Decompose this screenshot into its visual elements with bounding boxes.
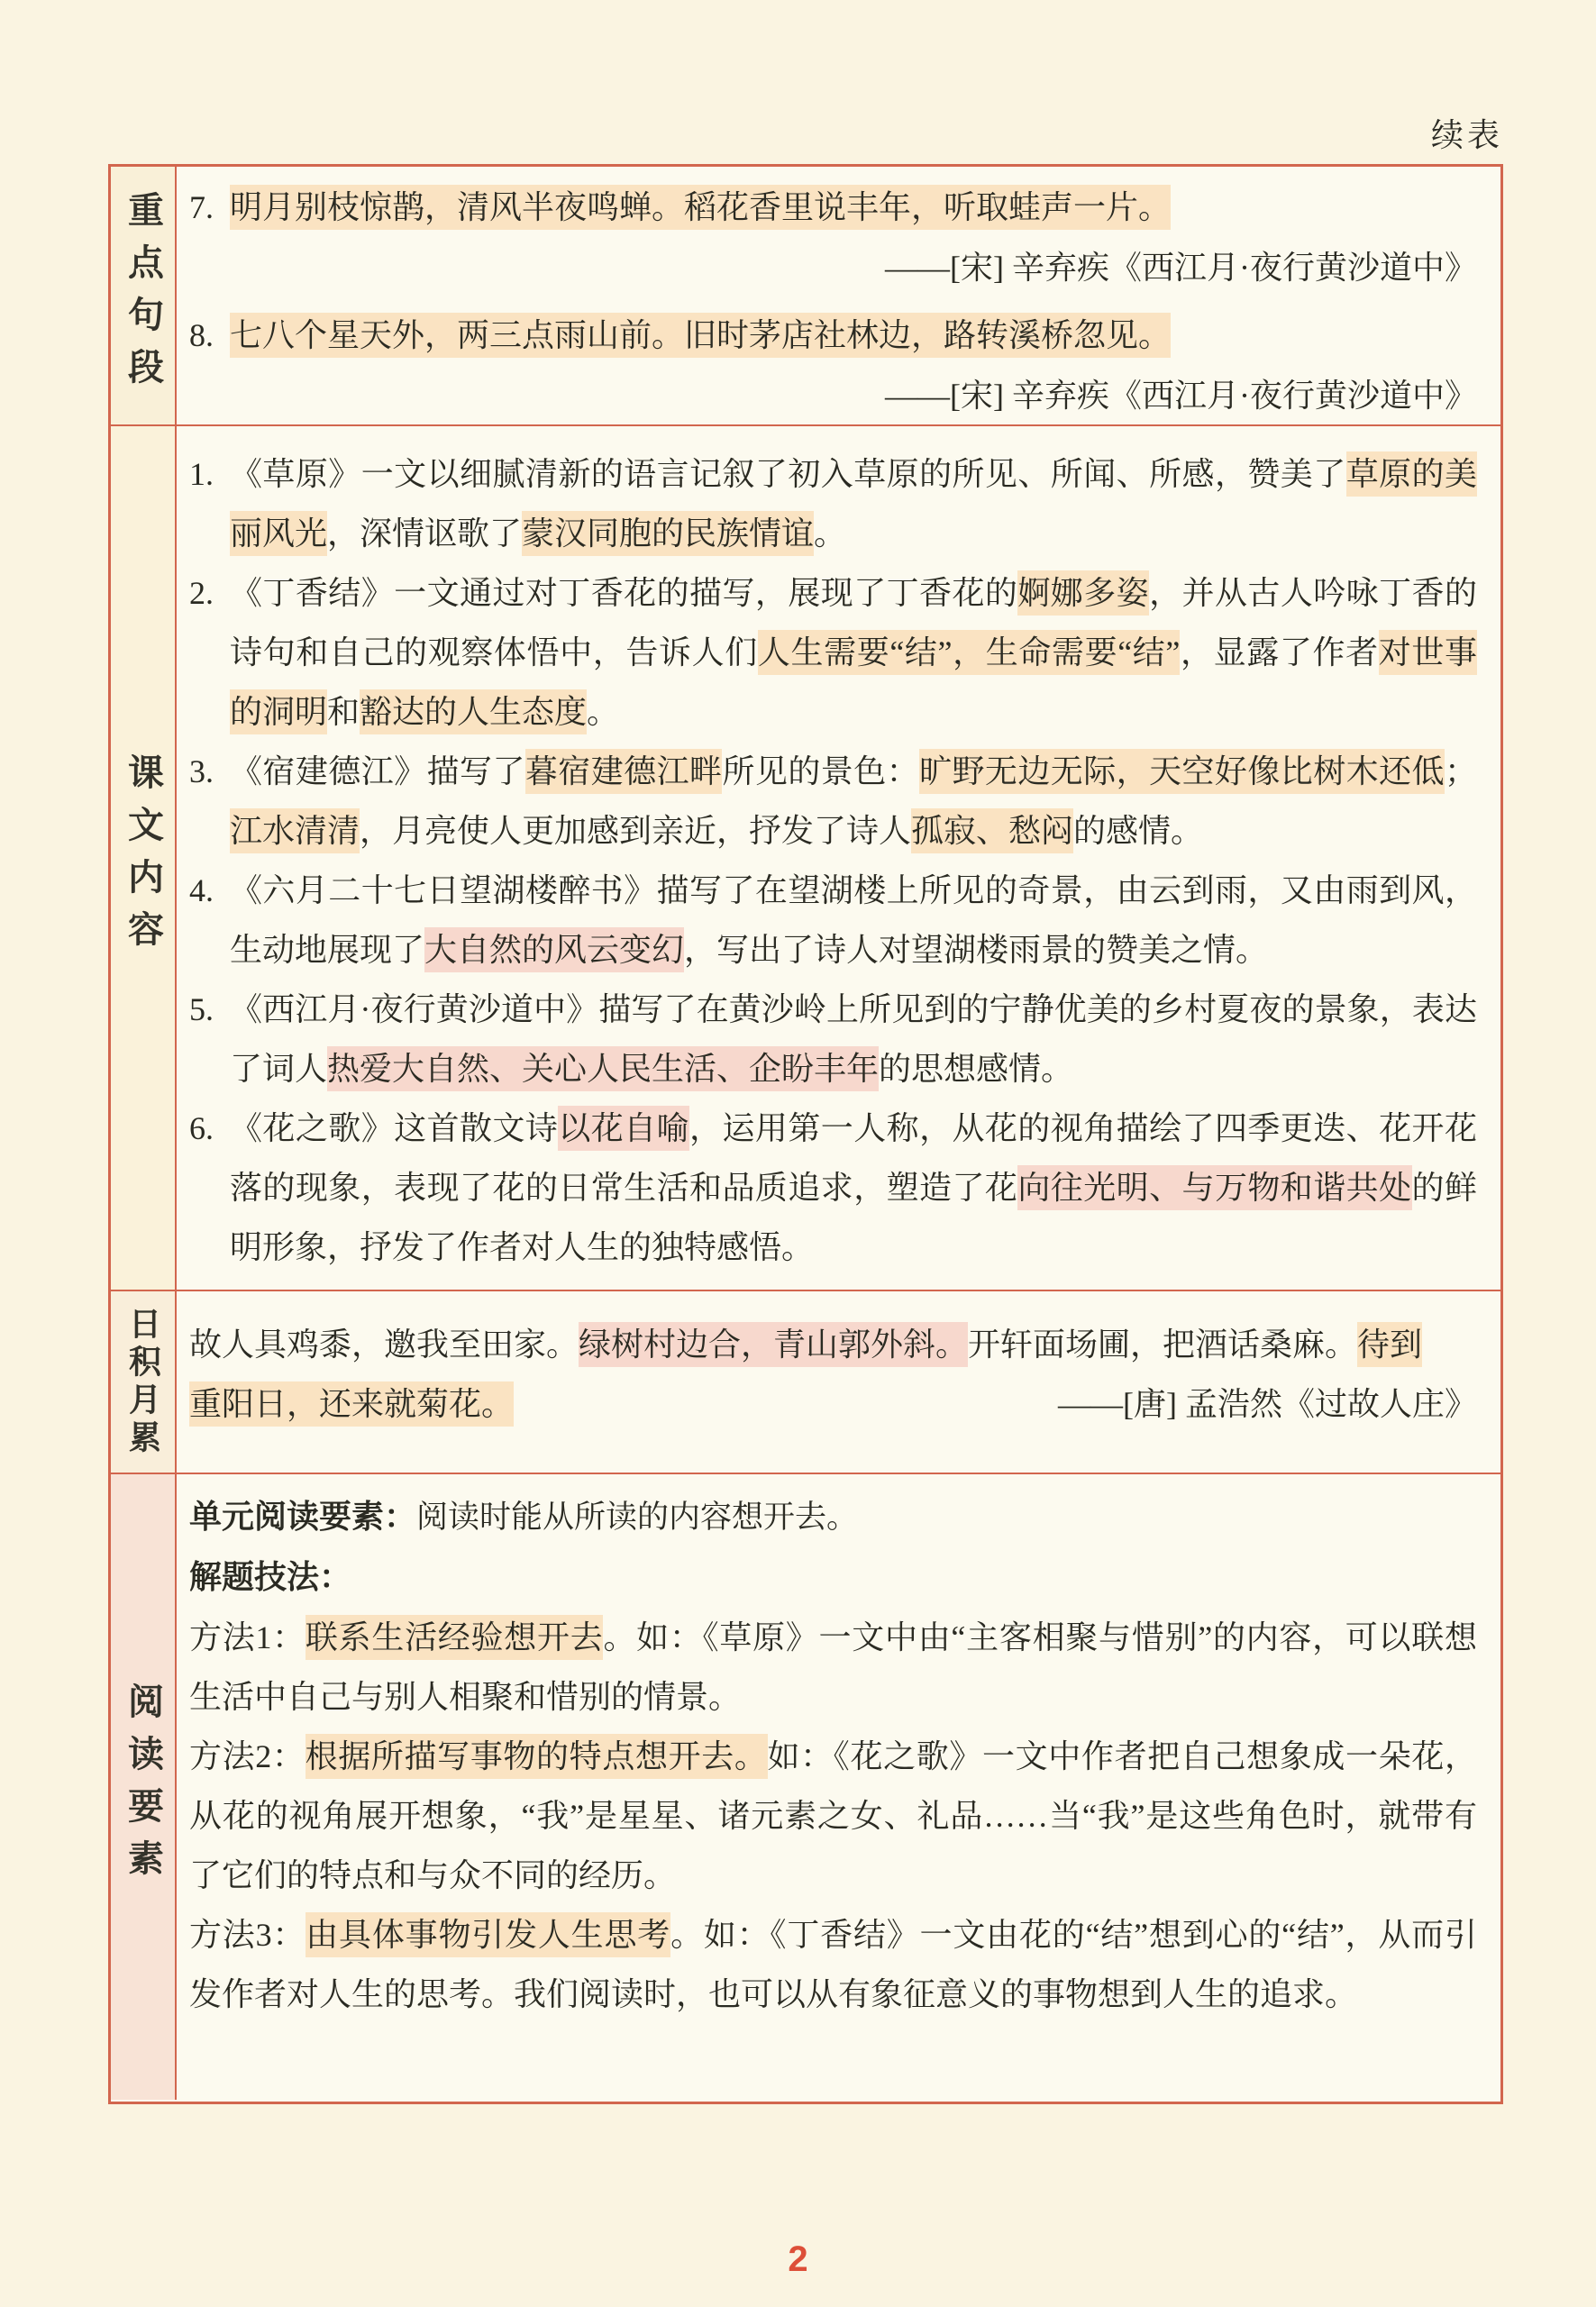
item-number: 4. (189, 861, 214, 920)
section-lead: 单元阅读要素： (189, 1498, 416, 1535)
table-row-key-sentences: 重点句段7.明月别枝惊鹊，清风半夜鸣蝉。稻花香里说丰年，听取蛙声一片。——[宋]… (111, 167, 1500, 424)
row-content-daily-accumulation: 故人具鸡黍，邀我至田家。绿树村边合，青山郭外斜。开轩面场圃，把酒话桑麻。待到重阳… (177, 1291, 1500, 1473)
text-segment: 《丁香结》一文通过对丁香花的描写，展现了丁香花的 (230, 575, 1017, 611)
item-number: 8. (189, 305, 214, 366)
highlighted-text: 旷野无边无际，天空好像比树木还低 (919, 749, 1445, 794)
content-item: 6.《花之歌》这首散文诗以花自喻，运用第一人称，从花的视角描绘了四季更迭、花开花… (189, 1099, 1477, 1277)
item-number: 5. (189, 980, 214, 1039)
text-segment: 的思想感情。 (879, 1051, 1073, 1087)
row-label-key-sentences: 重点句段 (111, 167, 177, 424)
highlighted-text: 旧时茅店社林边，路转溪桥忽见。 (684, 313, 1171, 358)
text-segment: 阅读时能从所读的内容想开去。 (416, 1500, 858, 1535)
row-label-daily-accumulation: 日积月累 (111, 1291, 177, 1473)
highlighted-text: 联系生活经验想开去 (306, 1615, 604, 1660)
text-segment: 。 (814, 515, 846, 552)
item-number: 7. (189, 178, 214, 238)
highlighted-text: 大自然的风云变幻 (424, 927, 684, 972)
highlighted-text: 向往光明、与万物和谐共处 (1017, 1165, 1411, 1210)
table-row-daily-accumulation: 日积月累故人具鸡黍，邀我至田家。绿树村边合，青山郭外斜。开轩面场圃，把酒话桑麻。… (111, 1290, 1500, 1473)
row-content-key-sentences: 7.明月别枝惊鹊，清风半夜鸣蝉。稻花香里说丰年，听取蛙声一片。——[宋] 辛弃疾… (177, 167, 1500, 424)
item-number: 1. (189, 444, 214, 504)
method-paragraph: 单元阅读要素：阅读时能从所读的内容想开去。 (189, 1487, 1477, 1547)
table-row-text-content: 课文内容1.《草原》一文以细腻清新的语言记叙了初入草原的所见、所闻、所感，赞美了… (111, 424, 1500, 1290)
method-paragraph: 方法3：由具体事物引发人生思考。如：《丁香结》一文由花的“结”想到心的“结”，从… (189, 1905, 1477, 2024)
highlighted-text: 人生需要“结”，生命需要“结” (758, 630, 1181, 675)
item-number: 3. (189, 742, 214, 801)
row-label-text: 课文内容 (125, 753, 161, 962)
highlighted-text: 七八个星天外，两三点雨山前。 (230, 313, 684, 358)
attribution: ——[宋] 辛弃疾《西江月·夜行黄沙道中》 (230, 238, 1477, 298)
text-segment: 的感情。 (1073, 813, 1203, 849)
row-label-text: 日积月累 (127, 1307, 160, 1458)
text-segment: ，显露了作者 (1180, 634, 1378, 670)
continued-table-label: 续表 (1431, 110, 1503, 156)
workbook-page: 续表 重点句段7.明月别枝惊鹊，清风半夜鸣蝉。稻花香里说丰年，听取蛙声一片。——… (0, 0, 1596, 2307)
highlighted-text: 绿树村边合，青山郭外斜。 (579, 1322, 968, 1367)
highlighted-text: 由具体事物引发人生思考 (306, 1912, 670, 1957)
method-lead: 方法3： (189, 1917, 306, 1953)
highlighted-text: 稻花香里说丰年，听取蛙声一片。 (684, 185, 1171, 230)
text-segment: 《宿建德江》描写了 (230, 753, 525, 789)
row-label-text: 重点句段 (125, 191, 161, 400)
content-item: 4.《六月二十七日望湖楼醉书》描写了在望湖楼上所见的奇景，由云到雨，又由雨到风，… (189, 861, 1477, 980)
row-content-text-content: 1.《草原》一文以细腻清新的语言记叙了初入草原的所见、所闻、所感，赞美了草原的美… (177, 426, 1500, 1290)
text-segment: 和 (327, 694, 360, 730)
content-item: 5.《西江月·夜行黄沙道中》描写了在黄沙岭上所见到的宁静优美的乡村夏夜的景象，表… (189, 980, 1477, 1099)
text-segment: ，写出了诗人对望湖楼雨景的赞美之情。 (684, 932, 1268, 968)
section-lead: 解题技法： (189, 1558, 351, 1595)
attribution: ——[宋] 辛弃疾《西江月·夜行黄沙道中》 (230, 366, 1477, 426)
content-item: 2.《丁香结》一文通过对丁香花的描写，展现了丁香花的婀娜多姿，并从古人吟咏丁香的… (189, 563, 1477, 742)
row-label-text-content: 课文内容 (111, 426, 177, 1290)
text-segment: 。 (587, 694, 619, 730)
method-paragraph: 方法1：联系生活经验想开去。如：《草原》一文中由“主客相聚与惜别”的内容，可以联… (189, 1608, 1477, 1727)
item-number: 6. (189, 1099, 214, 1158)
method-paragraph: 解题技法： (189, 1547, 1477, 1608)
text-segment: 所见的景色： (722, 753, 919, 789)
highlighted-text: 热爱大自然、关心人民生活、企盼丰年 (327, 1046, 879, 1091)
text-segment: ，月亮使人更加感到亲近，抒发了诗人 (360, 813, 911, 849)
content-item: 7.明月别枝惊鹊，清风半夜鸣蝉。稻花香里说丰年，听取蛙声一片。——[宋] 辛弃疾… (189, 178, 1477, 298)
text-segment: 《花之歌》这首散文诗 (230, 1110, 558, 1146)
row-label-reading-elements: 阅读要素 (111, 1474, 177, 2100)
text-segment: ； (1445, 753, 1477, 789)
highlighted-text: 暮宿建德江畔 (525, 749, 723, 794)
highlighted-text: 江水清清 (230, 808, 360, 853)
highlighted-text: 以花自喻 (558, 1106, 689, 1151)
highlighted-text: 重阳日，还来就菊花。 (189, 1381, 514, 1427)
method-paragraph: 方法2：根据所描写事物的特点想开去。如：《花之歌》一文中作者把自己想象成一朵花，… (189, 1727, 1477, 1905)
row-content-reading-elements: 单元阅读要素：阅读时能从所读的内容想开去。解题技法：方法1：联系生活经验想开去。… (177, 1474, 1500, 2100)
content-item: 1.《草原》一文以细腻清新的语言记叙了初入草原的所见、所闻、所感，赞美了草原的美… (189, 444, 1477, 563)
text-segment: 《草原》一文以细腻清新的语言记叙了初入草原的所见、所闻、所感，赞美了 (230, 456, 1346, 492)
text-segment: 故人具鸡黍，邀我至田家。 (189, 1327, 579, 1363)
method-lead: 方法1： (189, 1619, 306, 1655)
highlighted-text: 根据所描写事物的特点想开去。 (306, 1734, 768, 1779)
highlighted-text: 婀娜多姿 (1017, 570, 1149, 616)
highlighted-text: 豁达的人生态度 (360, 689, 587, 734)
method-lead: 方法2： (189, 1738, 306, 1774)
summary-table: 重点句段7.明月别枝惊鹊，清风半夜鸣蝉。稻花香里说丰年，听取蛙声一片。——[宋]… (108, 164, 1503, 2104)
highlighted-text: 待到 (1357, 1322, 1422, 1367)
text-segment: 开轩面场圃，把酒话桑麻。 (968, 1327, 1357, 1363)
highlighted-text: 明月别枝惊鹊，清风半夜鸣蝉。 (230, 185, 684, 230)
table-row-reading-elements: 阅读要素单元阅读要素：阅读时能从所读的内容想开去。解题技法：方法1：联系生活经验… (111, 1473, 1500, 2100)
item-number: 2. (189, 563, 214, 623)
content-item: 8.七八个星天外，两三点雨山前。旧时茅店社林边，路转溪桥忽见。——[宋] 辛弃疾… (189, 305, 1477, 426)
content-item: 3.《宿建德江》描写了暮宿建德江畔所见的景色：旷野无边无际，天空好像比树木还低；… (189, 742, 1477, 861)
highlighted-text: 蒙汉同胞的民族情谊 (522, 511, 814, 556)
page-number: 2 (0, 2239, 1596, 2280)
row-label-text: 阅读要素 (125, 1682, 161, 1892)
highlighted-text: 孤寂、愁闷 (911, 808, 1073, 853)
text-segment: ，深情讴歌了 (327, 515, 522, 552)
